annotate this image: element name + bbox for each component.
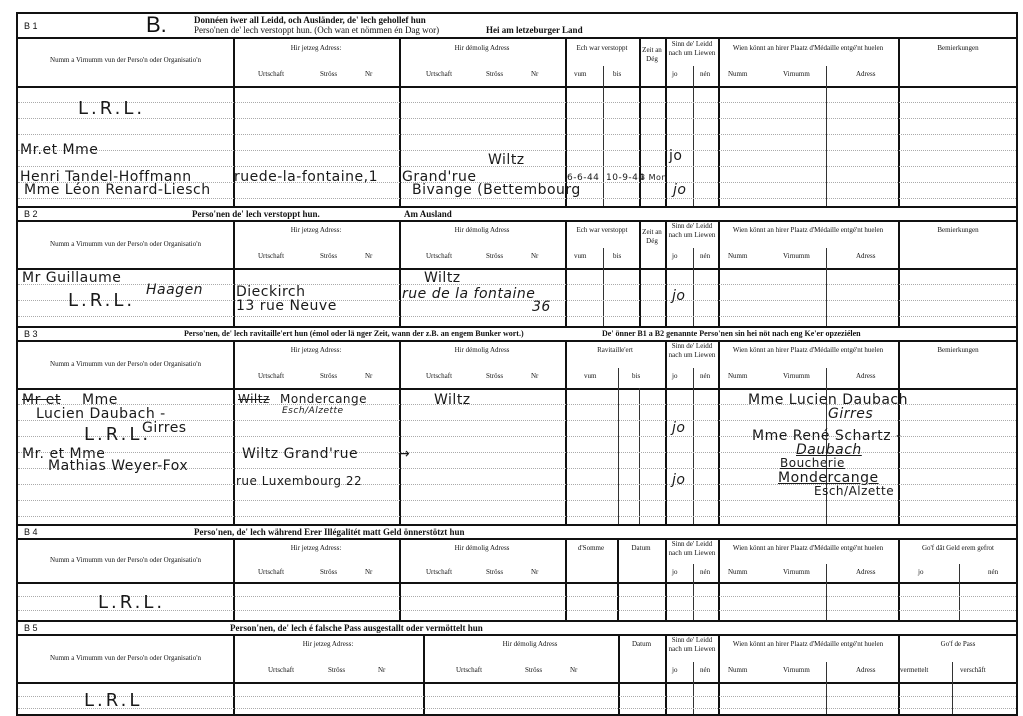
section-id: B 5 xyxy=(24,623,38,633)
header-first-name: Virnumm xyxy=(783,568,810,577)
header-street: Ströss xyxy=(320,70,337,79)
section-title-line1: Donnéen iwer all Leidd, och Ausländer, d… xyxy=(194,15,426,25)
header-former-address: Hir démolig Adress xyxy=(399,544,565,553)
header-days: Zeit an Dég xyxy=(641,46,663,64)
section-title: Perso'nen, de' lech während Erer Illégal… xyxy=(194,527,464,537)
header-date: Datum xyxy=(617,544,665,553)
header-no: nén xyxy=(700,568,710,577)
section-b4: B 4 Perso'nen, de' lech während Erer Ill… xyxy=(16,524,1018,622)
struck-text: Wiltz xyxy=(238,392,270,406)
org-name: L.R.L. xyxy=(84,424,151,445)
header-street: Ströss xyxy=(320,568,337,577)
header-from: vum xyxy=(574,252,586,261)
header-town: Urtschaft xyxy=(258,372,284,381)
header-nr: Nr xyxy=(378,666,385,675)
header-current-address: Hir jetzeg Adress: xyxy=(233,226,399,235)
hidden-to: 10-9-44 xyxy=(606,173,645,183)
section-title: Perso'nen, de' lech ravitaille'ert hun (… xyxy=(184,329,524,338)
section-title-right: Am Ausland xyxy=(404,209,452,219)
header-remarks: Bemierkungen xyxy=(898,346,1018,355)
org-name: L.R.L. xyxy=(98,592,165,613)
header-mediated: vermettelt xyxy=(900,666,928,675)
section-b2: B 2 Perso'nen de' lech verstoppt hun. Am… xyxy=(16,206,1018,328)
medal-recipient: Girres xyxy=(828,406,873,422)
header-name: Numm a Virnumm vun der Perso'n oder Orga… xyxy=(18,556,233,565)
header-former-address: Hir démolig Adress xyxy=(399,346,565,355)
person-name: Haagen xyxy=(146,282,203,298)
header-remarks: Bemierkungen xyxy=(898,44,1018,53)
header-nr: Nr xyxy=(365,372,372,381)
header-address: Adress xyxy=(856,666,875,675)
header-name: Numm a Virnumm vun der Perso'n oder Orga… xyxy=(18,654,233,663)
header-town: Urtschaft xyxy=(426,372,452,381)
header-hidden-period: Ech war verstoppt xyxy=(565,44,639,53)
header-street: Ströss xyxy=(486,372,503,381)
former-nr: 36 xyxy=(532,299,551,315)
header-yes: jo xyxy=(672,70,677,79)
header-street: Ströss xyxy=(486,568,503,577)
header-yes: jo xyxy=(672,252,677,261)
section-id: B 2 xyxy=(24,209,38,219)
header-no: nén xyxy=(700,372,710,381)
header-to: bis xyxy=(632,372,640,381)
alive-yes: jo xyxy=(673,182,686,198)
hidden-from: 6-6-44 xyxy=(567,173,599,183)
section-b3: B 3 Perso'nen, de' lech ravitaille'ert h… xyxy=(16,326,1018,526)
org-name: L.R.L. xyxy=(78,98,145,119)
header-street: Ströss xyxy=(486,252,503,261)
current-address: Esch/Alzette xyxy=(282,406,344,416)
header-nr: Nr xyxy=(365,70,372,79)
header-alive: Sinn de' Leidd nach um Liewen xyxy=(666,636,718,654)
header-medal: Wien könnt an hirer Plaatz d'Médaille en… xyxy=(718,346,898,355)
header-first-name: Virnumm xyxy=(783,666,810,675)
section-b2-title: B 2 Perso'nen de' lech verstoppt hun. Am… xyxy=(18,208,1016,222)
alive-yes: jo xyxy=(672,420,685,436)
medal-address: Boucherie xyxy=(780,456,845,470)
header-nr: Nr xyxy=(531,568,538,577)
alive-yes: jo xyxy=(672,288,685,304)
former-town: Wiltz xyxy=(424,270,461,286)
header-alive: Sinn de' Leidd nach um Liewen xyxy=(666,40,718,58)
section-title: Perso'nen de' lech verstoppt hun. xyxy=(192,209,320,219)
section-title: Person'nen, de' lech é falsche Pass ausg… xyxy=(230,623,483,633)
alive-yes: jo xyxy=(672,472,685,488)
header-from: vum xyxy=(574,70,586,79)
header-current-address: Hir jetzeg Adress: xyxy=(233,544,399,553)
header-town: Urtschaft xyxy=(426,70,452,79)
header-date: Datum xyxy=(618,640,665,649)
header-street: Ströss xyxy=(320,252,337,261)
header-first-name: Virnumm xyxy=(783,372,810,381)
header-pass: Go'f de Pass xyxy=(898,640,1018,649)
person-name: Mr.et Mme xyxy=(20,142,98,158)
header-to: bis xyxy=(613,252,621,261)
current-address: ruede-la-fontaine,1 xyxy=(234,169,378,185)
current-address: Wiltz Grand'rue xyxy=(242,446,358,462)
section-id: B 4 xyxy=(24,527,38,537)
header-last-name: Numm xyxy=(728,666,747,675)
former-address-2: Bivange (Bettembourg xyxy=(412,182,581,198)
header-address: Adress xyxy=(856,252,875,261)
header-address: Adress xyxy=(856,372,875,381)
header-street: Ströss xyxy=(525,666,542,675)
header-street: Ströss xyxy=(320,372,337,381)
person-name: Mme Léon Renard-Liesch xyxy=(24,182,211,198)
header-supplied-period: Ravitaille'ert xyxy=(565,346,665,355)
header-yes: jo xyxy=(672,666,677,675)
current-address: rue Luxembourg 22 xyxy=(236,474,362,488)
header-days: Zeit an Dég xyxy=(641,228,663,246)
person-name: Mr Guillaume xyxy=(22,270,121,286)
header-yes: jo xyxy=(672,568,677,577)
header-town: Urtschaft xyxy=(426,252,452,261)
header-current-address: Hir jetzeg Adress: xyxy=(233,44,399,53)
header-nr: Nr xyxy=(531,372,538,381)
header-name: Numm a Virnumm vun der Perso'n oder Orga… xyxy=(18,240,233,249)
section-b5-title: B 5 Person'nen, de' lech é falsche Pass … xyxy=(18,622,1016,636)
section-title-right: De' önner B1 a B2 genannte Perso'nen sin… xyxy=(602,329,861,338)
header-address: Adress xyxy=(856,70,875,79)
header-street: Ströss xyxy=(486,70,503,79)
section-b3-title: B 3 Perso'nen, de' lech ravitaille'ert h… xyxy=(18,328,1016,342)
header-address: Adress xyxy=(856,568,875,577)
header-money-asked-back: Go'f dât Geld erem gefrot xyxy=(898,544,1018,553)
header-no: nén xyxy=(988,568,998,577)
former-town: Wiltz xyxy=(488,152,525,168)
section-title-line2: Perso'nen de' lech verstoppt hun. (Och w… xyxy=(194,25,439,35)
header-first-name: Virnumm xyxy=(783,252,810,261)
header-alive: Sinn de' Leidd nach um Liewen xyxy=(666,222,718,240)
org-name: L.R.L. xyxy=(68,290,135,311)
section-id: B 3 xyxy=(24,329,38,339)
header-street: Ströss xyxy=(328,666,345,675)
header-nr: Nr xyxy=(531,70,538,79)
medal-address: Esch/Alzette xyxy=(814,484,894,498)
person-name: Mathias Weyer-Fox xyxy=(48,458,188,474)
header-last-name: Numm xyxy=(728,252,747,261)
header-former-address: Hir démolig Adress xyxy=(399,44,565,53)
hidden-days: 3 Mon xyxy=(640,173,667,182)
org-name: L.R.L xyxy=(84,690,142,711)
header-alive: Sinn de' Leidd nach um Liewen xyxy=(666,342,718,360)
header-town: Urtschaft xyxy=(258,70,284,79)
header-alive: Sinn de' Leidd nach um Liewen xyxy=(666,540,718,558)
header-town: Urtschaft xyxy=(426,568,452,577)
header-town: Urtschaft xyxy=(258,252,284,261)
header-to: bis xyxy=(613,70,621,79)
header-former-address: Hir démolig Adress xyxy=(423,640,637,649)
header-nr: Nr xyxy=(365,568,372,577)
header-nr: Nr xyxy=(365,252,372,261)
header-current-address: Hir jetzeg Adress: xyxy=(233,346,399,355)
alive-yes: jo xyxy=(669,148,682,164)
header-town: Urtschaft xyxy=(268,666,294,675)
header-medal: Wien könnt an hirer Plaatz d'Médaille en… xyxy=(718,544,898,553)
header-name: Numm a Virnumm vun der Perso'n oder Orga… xyxy=(18,360,233,369)
header-from: vum xyxy=(584,372,596,381)
form-letter: B. xyxy=(146,12,167,38)
header-procured: verschâft xyxy=(960,666,986,675)
header-town: Urtschaft xyxy=(456,666,482,675)
header-medal: Wien könnt an hirer Plaatz d'Médaille en… xyxy=(718,640,898,649)
header-medal: Wien könnt an hirer Plaatz d'Médaille en… xyxy=(718,44,898,53)
header-no: nén xyxy=(700,252,710,261)
header-remarks: Bemierkungen xyxy=(898,226,1018,235)
header-sum: d'Somme xyxy=(565,544,617,553)
former-town: Wiltz xyxy=(434,392,471,408)
header-no: nén xyxy=(700,666,710,675)
section-b4-title: B 4 Perso'nen, de' lech während Erer Ill… xyxy=(18,526,1016,540)
header-nr: Nr xyxy=(570,666,577,675)
header-last-name: Numm xyxy=(728,70,747,79)
section-title-right: Hei am letzeburger Land xyxy=(486,25,583,35)
header-town: Urtschaft xyxy=(258,568,284,577)
header-yes: jo xyxy=(672,372,677,381)
header-first-name: Virnumm xyxy=(783,70,810,79)
header-last-name: Numm xyxy=(728,568,747,577)
header-nr: Nr xyxy=(531,252,538,261)
header-current-address: Hir jetzeg Adress: xyxy=(233,640,423,649)
header-medal: Wien könnt an hirer Plaatz d'Médaille en… xyxy=(718,226,898,235)
header-last-name: Numm xyxy=(728,372,747,381)
header-name: Numm a Virnumm vun der Perso'n oder Orga… xyxy=(18,56,233,65)
section-b1: B 1 B. Donnéen iwer all Leidd, och Auslä… xyxy=(16,12,1018,208)
current-address: Mondercange xyxy=(280,392,367,406)
current-street: 13 rue Neuve xyxy=(236,298,337,314)
header-hidden-period: Ech war verstoppt xyxy=(565,226,639,235)
arrow-icon: → xyxy=(398,446,410,462)
section-b5: B 5 Person'nen, de' lech é falsche Pass … xyxy=(16,620,1018,716)
section-b1-title: B 1 B. Donnéen iwer all Leidd, och Auslä… xyxy=(18,14,1016,39)
section-id: B 1 xyxy=(24,21,38,31)
header-yes: jo xyxy=(918,568,923,577)
header-no: nén xyxy=(700,70,710,79)
former-street: rue de la fontaine xyxy=(402,286,535,302)
header-former-address: Hir démolig Adress xyxy=(399,226,565,235)
